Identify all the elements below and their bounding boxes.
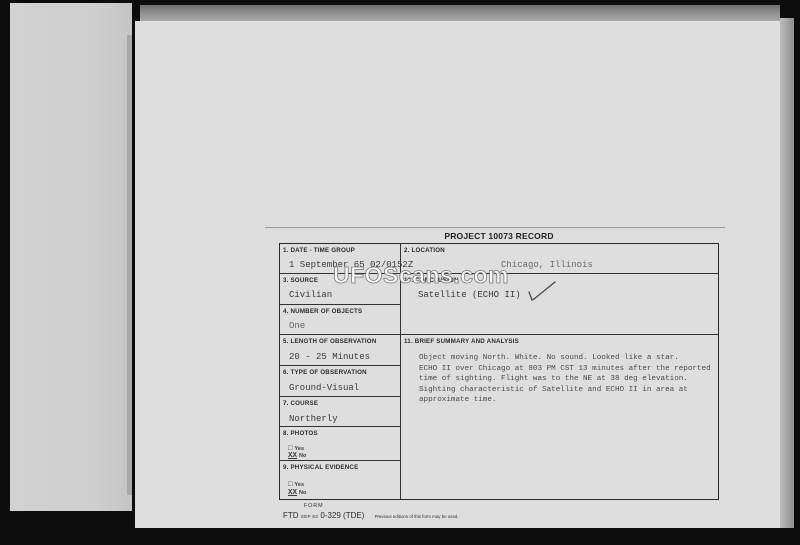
field-label: 6. TYPE OF OBSERVATION <box>283 369 367 376</box>
field-physical-evidence: 9. PHYSICAL EVIDENCE □Yes XXNo <box>280 461 401 499</box>
footer-form-id: FTD SEP 63 0-329 (TDE) Previous editions… <box>283 511 459 520</box>
field-location: 2. LOCATION Chicago, Illinois <box>401 244 718 274</box>
adjacent-page-strip <box>10 3 132 511</box>
field-value: Satellite (ECHO II) <box>418 290 521 300</box>
field-label: 9. PHYSICAL EVIDENCE <box>283 464 358 471</box>
field-label: 3. SOURCE <box>283 277 318 284</box>
checkbox-icon: □ <box>288 481 293 489</box>
field-value: 20 - 25 Minutes <box>289 352 370 362</box>
page-edge-shadow <box>127 35 132 495</box>
field-conclusion: 10. CONCLUSION Satellite (ECHO II) <box>401 274 718 335</box>
handwritten-check-icon <box>527 280 557 304</box>
field-source: 3. SOURCE Civilian <box>280 274 401 305</box>
field-length-of-observation: 5. LENGTH OF OBSERVATION 20 - 25 Minutes <box>280 335 401 366</box>
field-label: 8. PHOTOS <box>283 430 318 437</box>
footer-note: Previous editions of this form may be us… <box>375 514 459 519</box>
record-form: 1. DATE - TIME GROUP 1 September 65 02/0… <box>279 243 719 500</box>
field-date-time-group: 1. DATE - TIME GROUP 1 September 65 02/0… <box>280 244 401 274</box>
field-value: 1 September 65 02/0152Z <box>289 260 413 270</box>
field-course: 7. COURSE Northerly <box>280 397 401 427</box>
summary-line: time of sighting. Flight was to the NE a… <box>419 374 729 385</box>
summary-line: approximate time. <box>419 395 729 406</box>
field-type-of-observation: 6. TYPE OF OBSERVATION Ground-Visual <box>280 366 401 397</box>
title-rule <box>265 227 725 228</box>
field-photos: 8. PHOTOS □Yes XXNo <box>280 427 401 461</box>
field-value: Civilian <box>289 290 332 300</box>
field-label: 2. LOCATION <box>404 247 445 254</box>
footer-suffix: (TDE) <box>343 511 364 520</box>
field-label: 5. LENGTH OF OBSERVATION <box>283 338 377 345</box>
x-mark-icon: XX <box>288 452 297 460</box>
footer-number: 0-329 <box>320 511 340 520</box>
summary-line: Object moving North. White. No sound. Lo… <box>419 353 729 364</box>
field-value: Northerly <box>289 414 338 424</box>
field-label: 11. BRIEF SUMMARY AND ANALYSIS <box>404 338 519 345</box>
evidence-yes-option: □Yes <box>288 481 304 489</box>
footer-form-label: FORM <box>304 503 323 509</box>
x-mark-icon: XX <box>288 489 297 497</box>
scan-bottom-edge <box>10 528 800 545</box>
field-value: Ground-Visual <box>289 383 359 393</box>
field-label: 10. CONCLUSION <box>404 277 459 284</box>
field-value: One <box>289 321 305 331</box>
field-number-of-objects: 4. NUMBER OF OBJECTS One <box>280 305 401 335</box>
footer-date: SEP 63 <box>301 514 318 519</box>
photos-no-option: XXNo <box>288 452 306 460</box>
field-label: 4. NUMBER OF OBJECTS <box>283 308 362 315</box>
summary-line: ECHO II over Chicago at 803 PM CST 13 mi… <box>419 364 729 375</box>
field-label: 1. DATE - TIME GROUP <box>283 247 355 254</box>
document-title: PROJECT 10073 RECORD <box>279 231 719 241</box>
evidence-no-option: XXNo <box>288 489 306 497</box>
footer-org: FTD <box>283 511 299 520</box>
scan-right-edge <box>780 18 794 533</box>
field-brief-summary: 11. BRIEF SUMMARY AND ANALYSIS Object mo… <box>401 335 718 499</box>
summary-text: Object moving North. White. No sound. Lo… <box>419 353 729 406</box>
field-label: 7. COURSE <box>283 400 318 407</box>
summary-line: Sighting characteristic of Satellite and… <box>419 385 729 396</box>
field-value: Chicago, Illinois <box>501 260 593 270</box>
